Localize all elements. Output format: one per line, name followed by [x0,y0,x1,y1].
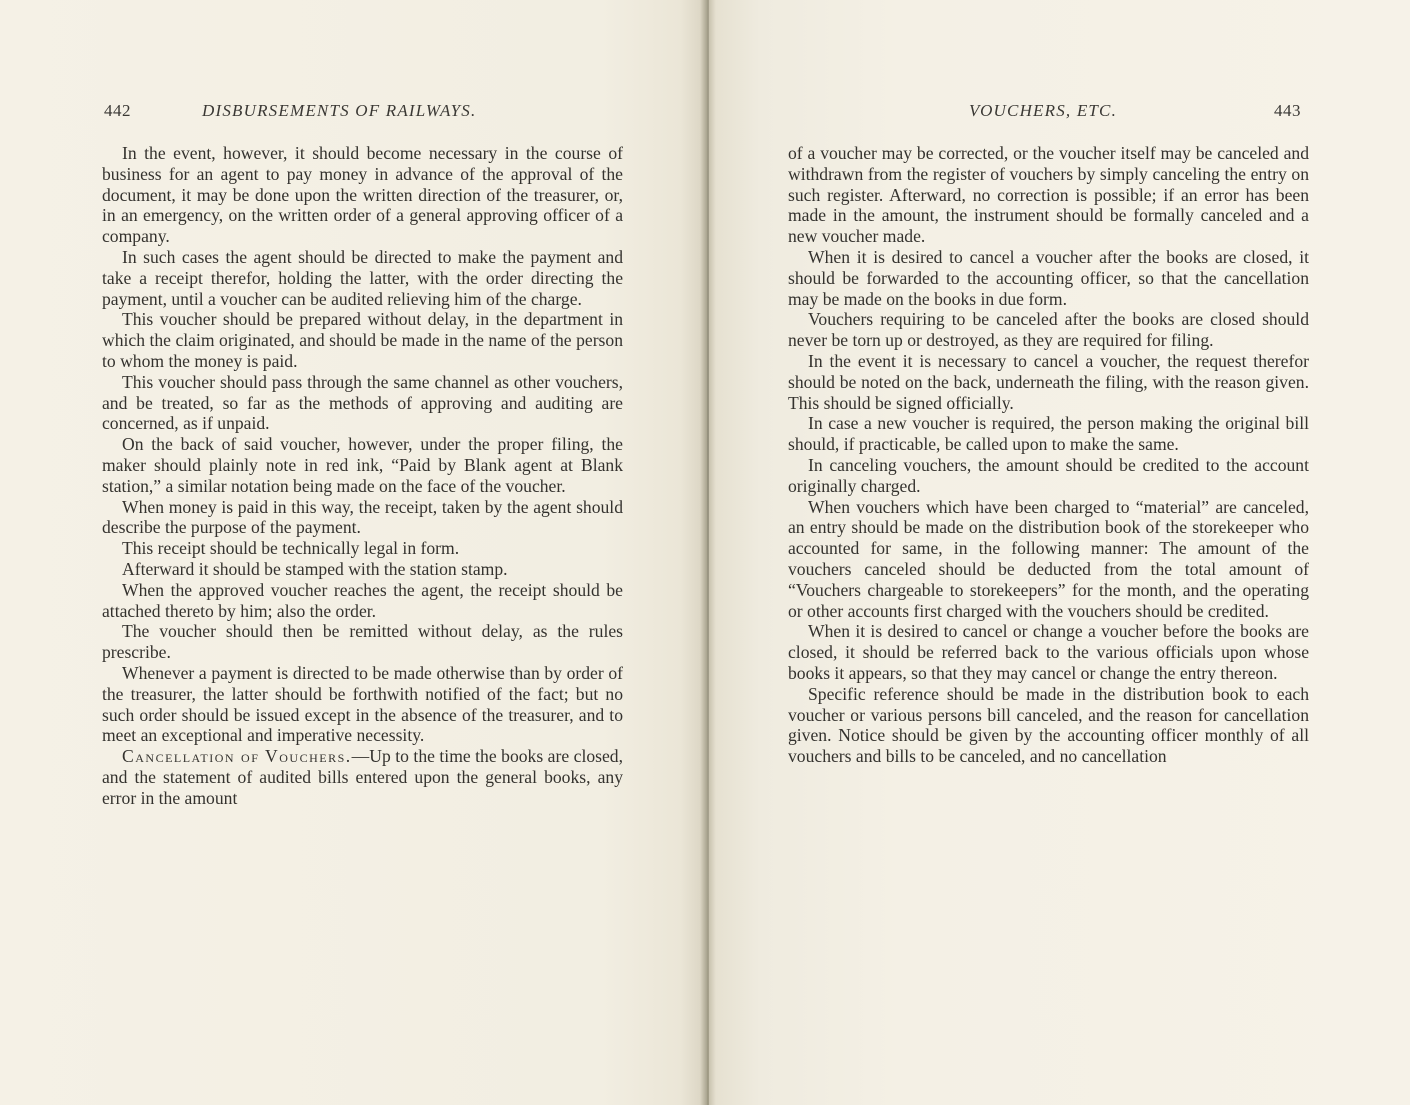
paragraph: When the approved voucher reaches the ag… [102,580,623,622]
continued-paragraph: of a voucher may be corrected, or the vo… [788,143,1309,247]
section-paragraph: Cancellation of Vouchers.—Up to the time… [102,746,623,808]
paragraph: Specific reference should be made in the… [788,684,1309,767]
paragraph: In case a new voucher is required, the p… [788,413,1309,455]
paragraph: In canceling vouchers, the amount should… [788,455,1309,497]
right-page-body: of a voucher may be corrected, or the vo… [788,143,1309,767]
paragraph: The voucher should then be remitted with… [102,621,623,663]
left-page: 442 DISBURSEMENTS OF RAILWAYS. In the ev… [0,0,707,1105]
section-heading: Cancellation of Vouchers. [122,746,352,766]
paragraph: When vouchers which have been charged to… [788,497,1309,622]
paragraph: Afterward it should be stamped with the … [102,559,623,580]
left-page-body: In the event, however, it should become … [102,143,623,809]
paragraph: This receipt should be technically legal… [102,538,623,559]
paragraph: When it is desired to cancel a voucher a… [788,247,1309,309]
paragraph: In the event, however, it should become … [102,143,623,247]
paragraph: Whenever a payment is directed to be mad… [102,663,623,746]
book-spread: 442 DISBURSEMENTS OF RAILWAYS. In the ev… [0,0,1410,1105]
paragraph: In the event it is necessary to cancel a… [788,351,1309,413]
paragraph: In such cases the agent should be direct… [102,247,623,309]
running-head-title: DISBURSEMENTS OF RAILWAYS. [202,100,476,122]
paragraph: When money is paid in this way, the rece… [102,497,623,539]
running-head-title: VOUCHERS, ETC. [969,100,1117,122]
paragraph: On the back of said voucher, however, un… [102,434,623,496]
paragraph: When it is desired to cancel or change a… [788,621,1309,683]
page-number: 443 [1274,100,1301,122]
paragraph: This voucher should be prepared without … [102,309,623,371]
right-page: VOUCHERS, ETC. 443 of a voucher may be c… [709,0,1410,1105]
paragraph: This voucher should pass through the sam… [102,372,623,434]
paragraph: Vouchers requiring to be canceled after … [788,309,1309,351]
page-number: 442 [104,100,131,122]
